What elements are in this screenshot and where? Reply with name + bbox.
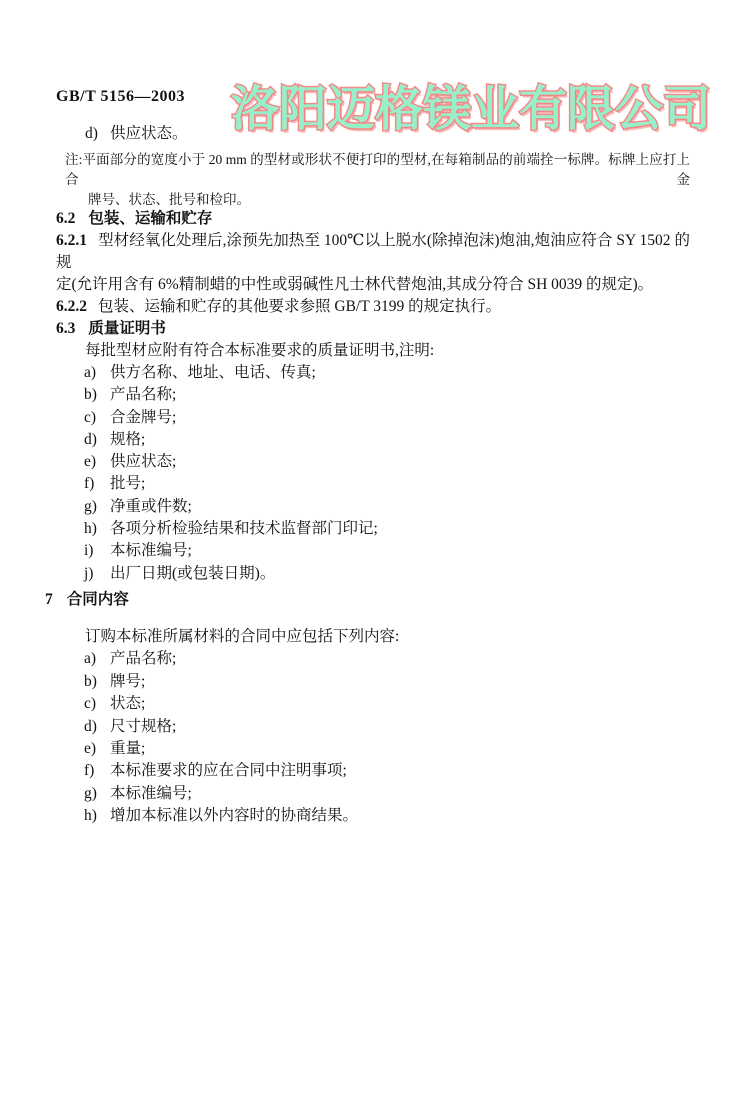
list-marker: a) [84,648,110,670]
list-marker: b) [84,671,110,693]
certificate-item-list: a)供方名称、地址、电话、传真; b)产品名称; c)合金牌号; d)规格; e… [56,362,696,585]
list-item-text: 重量; [110,740,145,757]
list-item: d)尺寸规格; [84,716,696,738]
section-number: 6.2 [56,210,75,227]
list-item-text: 供应状态; [110,453,176,470]
list-marker: g) [84,783,110,805]
section-heading-6-3: 6.3质量证明书 [56,318,696,340]
list-item-text: 产品名称; [110,650,176,667]
section-title: 包装、运输和贮存 [88,210,212,227]
list-marker: c) [84,407,110,429]
clause-text: 型材经氧化处理后,涂预先加热至 100℃以上脱水(除掉泡沫)炮油,炮油应符合 S… [56,232,690,271]
list-item-d-supply-state: d)供应状态。 [85,124,696,144]
chapter-number: 7 [45,591,53,608]
list-item-text: 增加本标准以外内容时的协商结果。 [110,807,358,824]
list-marker: h) [84,805,110,827]
clause-number: 6.2.1 [56,232,87,249]
list-item: j)出厂日期(或包装日期)。 [84,563,696,585]
list-item: b)产品名称; [84,384,696,406]
list-marker: b) [84,384,110,406]
list-item: c)状态; [84,693,696,715]
list-item-text: 供应状态。 [110,125,188,142]
scanned-document-page: 洛阳迈格镁业有限公司 GB/T 5156—2003 d)供应状态。 注:平面部分… [0,0,733,1118]
list-marker: f) [84,473,110,495]
clause-6-2-1-line-1: 6.2.1型材经氧化处理后,涂预先加热至 100℃以上脱水(除掉泡沫)炮油,炮油… [56,230,690,274]
list-marker: e) [84,451,110,473]
list-marker: f) [84,760,110,782]
clause-number: 6.2.2 [56,298,87,315]
list-item-text: 出厂日期(或包装日期)。 [110,565,275,582]
list-item-text: 净重或件数; [110,498,192,515]
list-marker: e) [84,738,110,760]
clause-6-2-2: 6.2.2包装、运输和贮存的其他要求参照 GB/T 3199 的规定执行。 [56,296,696,318]
contract-item-list: a)产品名称; b)牌号; c)状态; d)尺寸规格; e)重量; f)本标准要… [56,648,696,827]
list-item-text: 本标准编号; [110,785,192,802]
list-item-text: 批号; [110,475,145,492]
list-item-text: 尺寸规格; [110,718,176,735]
section-number: 6.3 [56,320,75,337]
list-item-text: 产品名称; [110,386,176,403]
document-content: GB/T 5156—2003 d)供应状态。 注:平面部分的宽度小于 20 mm… [56,0,696,828]
certificate-intro-paragraph: 每批型材应附有符合本标准要求的质量证明书,注明: [85,340,696,362]
list-item: f)本标准要求的应在合同中注明事项; [84,760,696,782]
list-item: a)供方名称、地址、电话、传真; [84,362,696,384]
list-marker: i) [84,540,110,562]
standard-number-header: GB/T 5156—2003 [56,89,696,105]
chapter-title: 合同内容 [67,591,129,608]
list-item: a)产品名称; [84,648,696,670]
list-marker: d) [84,716,110,738]
note-line-2: 牌号、状态、批号和检印。 [88,190,696,210]
list-item-text: 牌号; [110,673,145,690]
list-item: g)净重或件数; [84,496,696,518]
list-item: h)增加本标准以外内容时的协商结果。 [84,805,696,827]
list-item: g)本标准编号; [84,783,696,805]
list-marker: a) [84,362,110,384]
list-item-text: 合金牌号; [110,409,176,426]
list-item-text: 本标准编号; [110,542,192,559]
list-marker: d) [84,429,110,451]
list-item: i)本标准编号; [84,540,696,562]
list-item: h)各项分析检验结果和技术监督部门印记; [84,518,696,540]
list-item: c)合金牌号; [84,407,696,429]
list-item: d)规格; [84,429,696,451]
section-heading-6-2: 6.2包装、运输和贮存 [56,208,696,230]
list-marker: h) [84,518,110,540]
list-item: f)批号; [84,473,696,495]
list-marker: j) [84,563,110,585]
list-item-text: 规格; [110,431,145,448]
clause-6-2-1-line-2: 定(允许用含有 6%精制蜡的中性或弱碱性凡士林代替炮油,其成分符合 SH 003… [56,274,696,296]
list-marker: c) [84,693,110,715]
contract-intro-paragraph: 订购本标准所属材料的合同中应包括下列内容: [85,626,696,648]
note-line-1: 注:平面部分的宽度小于 20 mm 的型材或形状不便打印的型材,在每箱制品的前端… [65,150,690,190]
list-marker: d) [85,124,110,144]
list-item-text: 供方名称、地址、电话、传真; [110,364,316,381]
list-item-text: 各项分析检验结果和技术监督部门印记; [110,520,378,537]
list-item: e)重量; [84,738,696,760]
list-item-text: 本标准要求的应在合同中注明事项; [110,762,347,779]
clause-text: 包装、运输和贮存的其他要求参照 GB/T 3199 的规定执行。 [98,298,501,315]
list-marker: g) [84,496,110,518]
section-title: 质量证明书 [88,320,166,337]
list-item-text: 状态; [110,695,145,712]
chapter-heading-7: 7合同内容 [45,589,696,611]
list-item: b)牌号; [84,671,696,693]
list-item: e)供应状态; [84,451,696,473]
